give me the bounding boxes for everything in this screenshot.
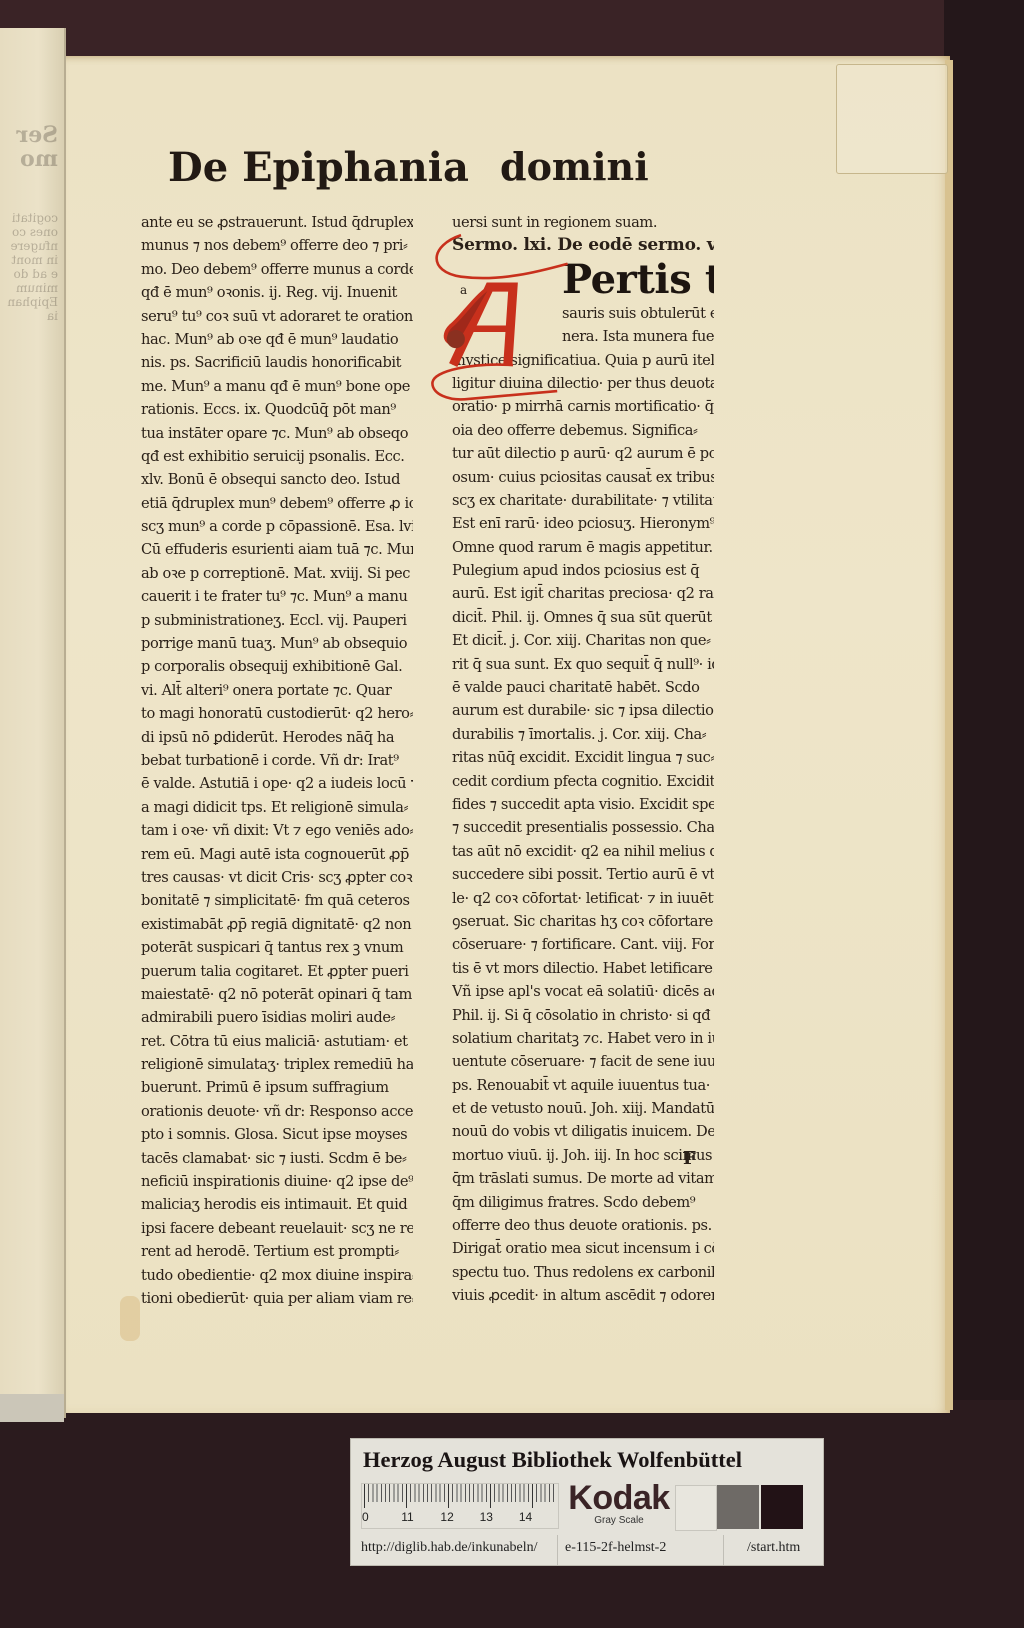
url-suffix: /start.htm <box>747 1540 800 1556</box>
rubricated-initial-a-icon <box>422 216 552 366</box>
text-line: ps. Renouabit̄ vt aquile iuuentus tua· <box>452 1074 714 1097</box>
text-line: poterāt suspicari q̄ tantus rex ꝫ vnum <box>141 936 413 959</box>
text-line: religionē simulataʒ· triplex remediū ha <box>141 1053 413 1076</box>
text-line: p subministrationeʒ. Eccl. vij. Pauperi <box>141 609 413 632</box>
ruler-major-ticks <box>364 1484 554 1508</box>
text-line: dicit̄. Phil. ij. Omnes q̄ sua sūt querū… <box>452 606 714 629</box>
ruler-label: 13 <box>480 1510 519 1524</box>
text-line: Phil. ij. Si q̄ cōsolatio in christo· si… <box>452 1004 714 1027</box>
text-line: to magi honoratū custodierūt· q2 hero⸗ <box>141 702 413 725</box>
ruler-label: 11 <box>401 1510 440 1524</box>
text-line: offerre deo thus deuote orationis. ps. <box>452 1214 714 1237</box>
scan-background-right <box>944 0 1024 1628</box>
text-line: et de vetusto nouū. Joh. xiij. Mandatū <box>452 1097 714 1120</box>
text-line: tam i oꝛe· vñ dixit: Vt ⁊ ego veniēs ado… <box>141 819 413 842</box>
text-line: rem eū. Magi autē ista cognouerūt ꝓp̄ <box>141 843 413 866</box>
url-prefix: http://diglib.hab.de/inkunabeln/ <box>361 1540 538 1556</box>
text-line: cedit cordium pfecta cognitio. Excidit <box>452 770 714 793</box>
text-line: ritas nūq̄ excidit. Excidit lingua ⁊ suc… <box>452 746 714 769</box>
color-scale-card: Herzog August Bibliothek Wolfenbüttel 0 … <box>350 1438 824 1566</box>
gray-swatch-dark <box>761 1485 803 1529</box>
text-line: seru⁹ tu⁹ coꝛ suū vt adoraret te oration… <box>141 305 413 328</box>
text-line: cauerit i te frater tu⁹ ⁊c. Mun⁹ a manu <box>141 585 413 608</box>
text-line: mo. Deo debem⁹ offerre munus a corde <box>141 258 413 281</box>
text-line: admirabili puero īsidias moliri aude⸗ <box>141 1006 413 1029</box>
facing-page-tab <box>0 1394 64 1422</box>
text-line: fides ⁊ succedit apta visio. Excidit spe… <box>452 793 714 816</box>
text-line: bebat turbationē i corde. Vñ dr: Irat⁹ <box>141 749 413 772</box>
text-line: ab oꝛe p correptionē. Mat. xviij. Si pec <box>141 562 413 585</box>
text-line: tua instāter opare ⁊c. Mun⁹ ab obseqo <box>141 422 413 445</box>
text-line: oratio· p mirrhā carnis mortificatio· q̄ <box>452 395 714 418</box>
text-line: ret. Cōtra tū eius maliciā· astutiam· et <box>141 1030 413 1053</box>
ruler-label: 14 <box>519 1510 558 1524</box>
text-line: spectu tuo. Thus redolens ex carbonib⁹ <box>452 1261 714 1284</box>
text-line: qđ ē mun⁹ oꝛonis. ij. Reg. vij. Inuenit <box>141 281 413 304</box>
text-line: Omne quod rarum ē magis appetitur. <box>452 536 714 559</box>
text-line: q̄m diligimus fratres. Scdo debem⁹ <box>452 1191 714 1214</box>
divider <box>723 1535 724 1565</box>
text-line: maiestatē· q2 nō poterāt opinari q̄ tam <box>141 983 413 1006</box>
text-line: ipsi facere debeant reuelauit· scʒ ne re… <box>141 1217 413 1240</box>
text-line: osum· cuius pciositas causat̄ ex tribus· <box>452 466 714 489</box>
text-line: mortuo viuū. ij. Joh. iij. In hoc scimus <box>452 1144 714 1167</box>
text-line: nis. ps. Sacrificiū laudis honorificabit <box>141 351 413 374</box>
divider <box>557 1535 558 1565</box>
text-line: ē valde pauci charitatē habēt. Scdo <box>452 676 714 699</box>
text-line: munus ⁊ nos debem⁹ offerre deo ⁊ pri⸗ <box>141 234 413 257</box>
text-line: p corporalis obsequij exhibitionē Gal. <box>141 655 413 678</box>
text-line: le· q2 coꝛ cōfortat· letificat· ⁊ in iuu… <box>452 887 714 910</box>
text-line: vi. Alt̄ alteri⁹ onera portate ⁊c. Quar <box>141 679 413 702</box>
facing-page-edge: Sermo cogitationes confugere in monte ad… <box>0 28 66 1418</box>
text-line: tis ē vt mors dilectio. Habet letificare… <box>452 957 714 980</box>
text-line: rationis. Eccs. ix. Quodcūq̄ pōt man⁹ <box>141 398 413 421</box>
text-column-right: uersi sunt in regionem suam. Sermo. lxi.… <box>452 211 714 1308</box>
item-id: e-115-2f-helmst-2 <box>565 1540 666 1556</box>
text-line: uentute cōseruare· ⁊ facit de sene iuuen… <box>452 1050 714 1073</box>
text-line: tres causas· vt dicit Cris· scʒ ꝓpter co… <box>141 866 413 889</box>
text-line: tacēs clamabat· sic ⁊ iusti. Scdm ē be⸗ <box>141 1147 413 1170</box>
gray-swatch-mid <box>717 1485 759 1529</box>
facing-page-body: cogitationes confugere in monte ad domin… <box>6 211 58 323</box>
text-line: di ipsū nō ꝑdiderūt. Herodes nāq̄ ha <box>141 726 413 749</box>
ruler-label: 12 <box>440 1510 479 1524</box>
text-line: xlv. Bonū ē obsequi sancto deo. Istud <box>141 468 413 491</box>
kodak-branding: Kodak Gray Scale <box>563 1481 675 1526</box>
text-line: hac. Mun⁹ ab oꝛe qđ ē mun⁹ laudatio <box>141 328 413 351</box>
text-line: ⁊ succedit presentialis possessio. Chari… <box>452 816 714 839</box>
text-line: a magi didicit tps. Et religionē simula⸗ <box>141 796 413 819</box>
catchword: F <box>683 1148 696 1169</box>
library-name: Herzog August Bibliothek Wolfenbüttel <box>363 1447 823 1473</box>
gray-swatch-light <box>675 1485 717 1531</box>
text-line: me. Mun⁹ a manu qđ ē mun⁹ bone ope <box>141 375 413 398</box>
text-line: Cū effuderis esurienti aiam tuā ⁊c. Mun⁹ <box>141 538 413 561</box>
text-line: rit q̄ sua sunt. Ex quo sequit̄ q̄ null⁹… <box>452 653 714 676</box>
text-line: rent ad herodē. Tertium est prompti⸗ <box>141 1240 413 1263</box>
text-column-left: ante eu se ꝓstrauerunt. Istud q̄druplex … <box>141 211 413 1310</box>
facing-page-title: Sermo <box>6 123 58 171</box>
text-line: Dirigat̄ oratio mea sicut incensum i cō <box>452 1237 714 1260</box>
text-line: ꝯseruat. Sic charitas hʒ coꝛ cōfortare· <box>452 910 714 933</box>
text-line: pto i somnis. Glosa. Sicut ipse moyses <box>141 1123 413 1146</box>
text-line: scʒ mun⁹ a corde p cōpassionē. Esa. lvii… <box>141 515 413 538</box>
text-line: qđ est exhibitio seruicij psonalis. Ecc. <box>141 445 413 468</box>
text-line: viuis ꝓcedit· in altum ascēdit ⁊ odorem <box>452 1284 714 1307</box>
card-url-strip: http://diglib.hab.de/inkunabeln/ e-115-2… <box>351 1535 823 1565</box>
text-line: aurū. Est igit̄ charitas preciosa· q2 ra… <box>452 582 714 605</box>
text-line: tas aūt nō excidit· q2 ea nihil melius q… <box>452 840 714 863</box>
text-line: puerum talia cogitaret. Et ꝓpter pueri <box>141 960 413 983</box>
text-line: orationis deuote· vñ dr: Responso acce <box>141 1100 413 1123</box>
text-line: succedere sibi possit. Tertio aurū ē vti… <box>452 863 714 886</box>
text-line: existimabāt ꝓp̄ regiā dignitatē· q2 non <box>141 913 413 936</box>
text-line: tioni obedierūt· quia per aliam viam re⸗ <box>141 1287 413 1310</box>
paper-repair-patch <box>836 64 948 174</box>
text-line: oia deo offerre debemus. Significa⸗ <box>452 419 714 442</box>
text-line: maliciaʒ herodis eis intimauit. Et quid <box>141 1193 413 1216</box>
ruler-labels: 0 11 12 13 14 <box>362 1510 558 1524</box>
text-line: Et dicit̄. j. Cor. xiij. Charitas non qu… <box>452 629 714 652</box>
page-fore-edge <box>945 60 953 1410</box>
text-line: etiā q̄druplex mun⁹ debem⁹ offerre ꝓ io <box>141 492 413 515</box>
text-line: tudo obedientie· q2 mox diuine inspira⸗ <box>141 1264 413 1287</box>
text-line: durabilis ⁊ īmortalis. j. Cor. xiij. Cha… <box>452 723 714 746</box>
ruler-label: 0 <box>362 1510 401 1524</box>
text-line: nouū do vobis vt diligatis inuicem. De <box>452 1120 714 1143</box>
scan-background-top <box>0 0 1024 60</box>
text-line: bonitatē ⁊ simplicitatē· fm quā ceteros <box>141 889 413 912</box>
text-line: q̄m trāslati sumus. De morte ad vitam <box>452 1167 714 1190</box>
text-line: Pulegium apud indos pciosius est q̄ <box>452 559 714 582</box>
text-line: porrige manū tuaʒ. Mun⁹ ab obsequio <box>141 632 413 655</box>
initial-guide-letter: a <box>460 283 467 297</box>
kodak-logo: Kodak <box>563 1481 675 1515</box>
text-line: cōseruare· ⁊ fortificare. Cant. viij. Fo… <box>452 933 714 956</box>
text-line: aurum est durabile· sic ⁊ ipsa dilectio … <box>452 699 714 722</box>
text-line: Vñ ipse apl's vocat eā solatiū· dicēs ad <box>452 980 714 1003</box>
text-line: scʒ ex charitate· durabilitate· ⁊ vtilit… <box>452 489 714 512</box>
measurement-ruler: 0 11 12 13 14 <box>361 1483 559 1529</box>
text-line: ante eu se ꝓstrauerunt. Istud q̄druplex <box>141 211 413 234</box>
text-line: neficiū inspirationis diuine· q2 ipse de… <box>141 1170 413 1193</box>
text-line: Est enī rarū· ideo pciosuʒ. Hieronym⁹ <box>452 512 714 535</box>
text-line: solatium charitatꝫ ⁊c. Habet vero in iu <box>452 1027 714 1050</box>
text-line: ligitur diuina dilectio· per thus deuota <box>452 372 714 395</box>
facing-page-bleed-text: Sermo cogitationes confugere in monte ad… <box>6 123 58 323</box>
text-line: tur aūt dilectio p aurū· q2 aurum ē pci⸗ <box>452 442 714 465</box>
running-head-left: De Epiphania <box>168 144 469 191</box>
text-line: buerunt. Primū ē ipsum suffragium <box>141 1076 413 1099</box>
running-head-right: domini <box>500 144 649 189</box>
paper-stain <box>120 1296 140 1341</box>
text-line: ē valde. Astutiā i ope· q2 a iudeis locū… <box>141 772 413 795</box>
